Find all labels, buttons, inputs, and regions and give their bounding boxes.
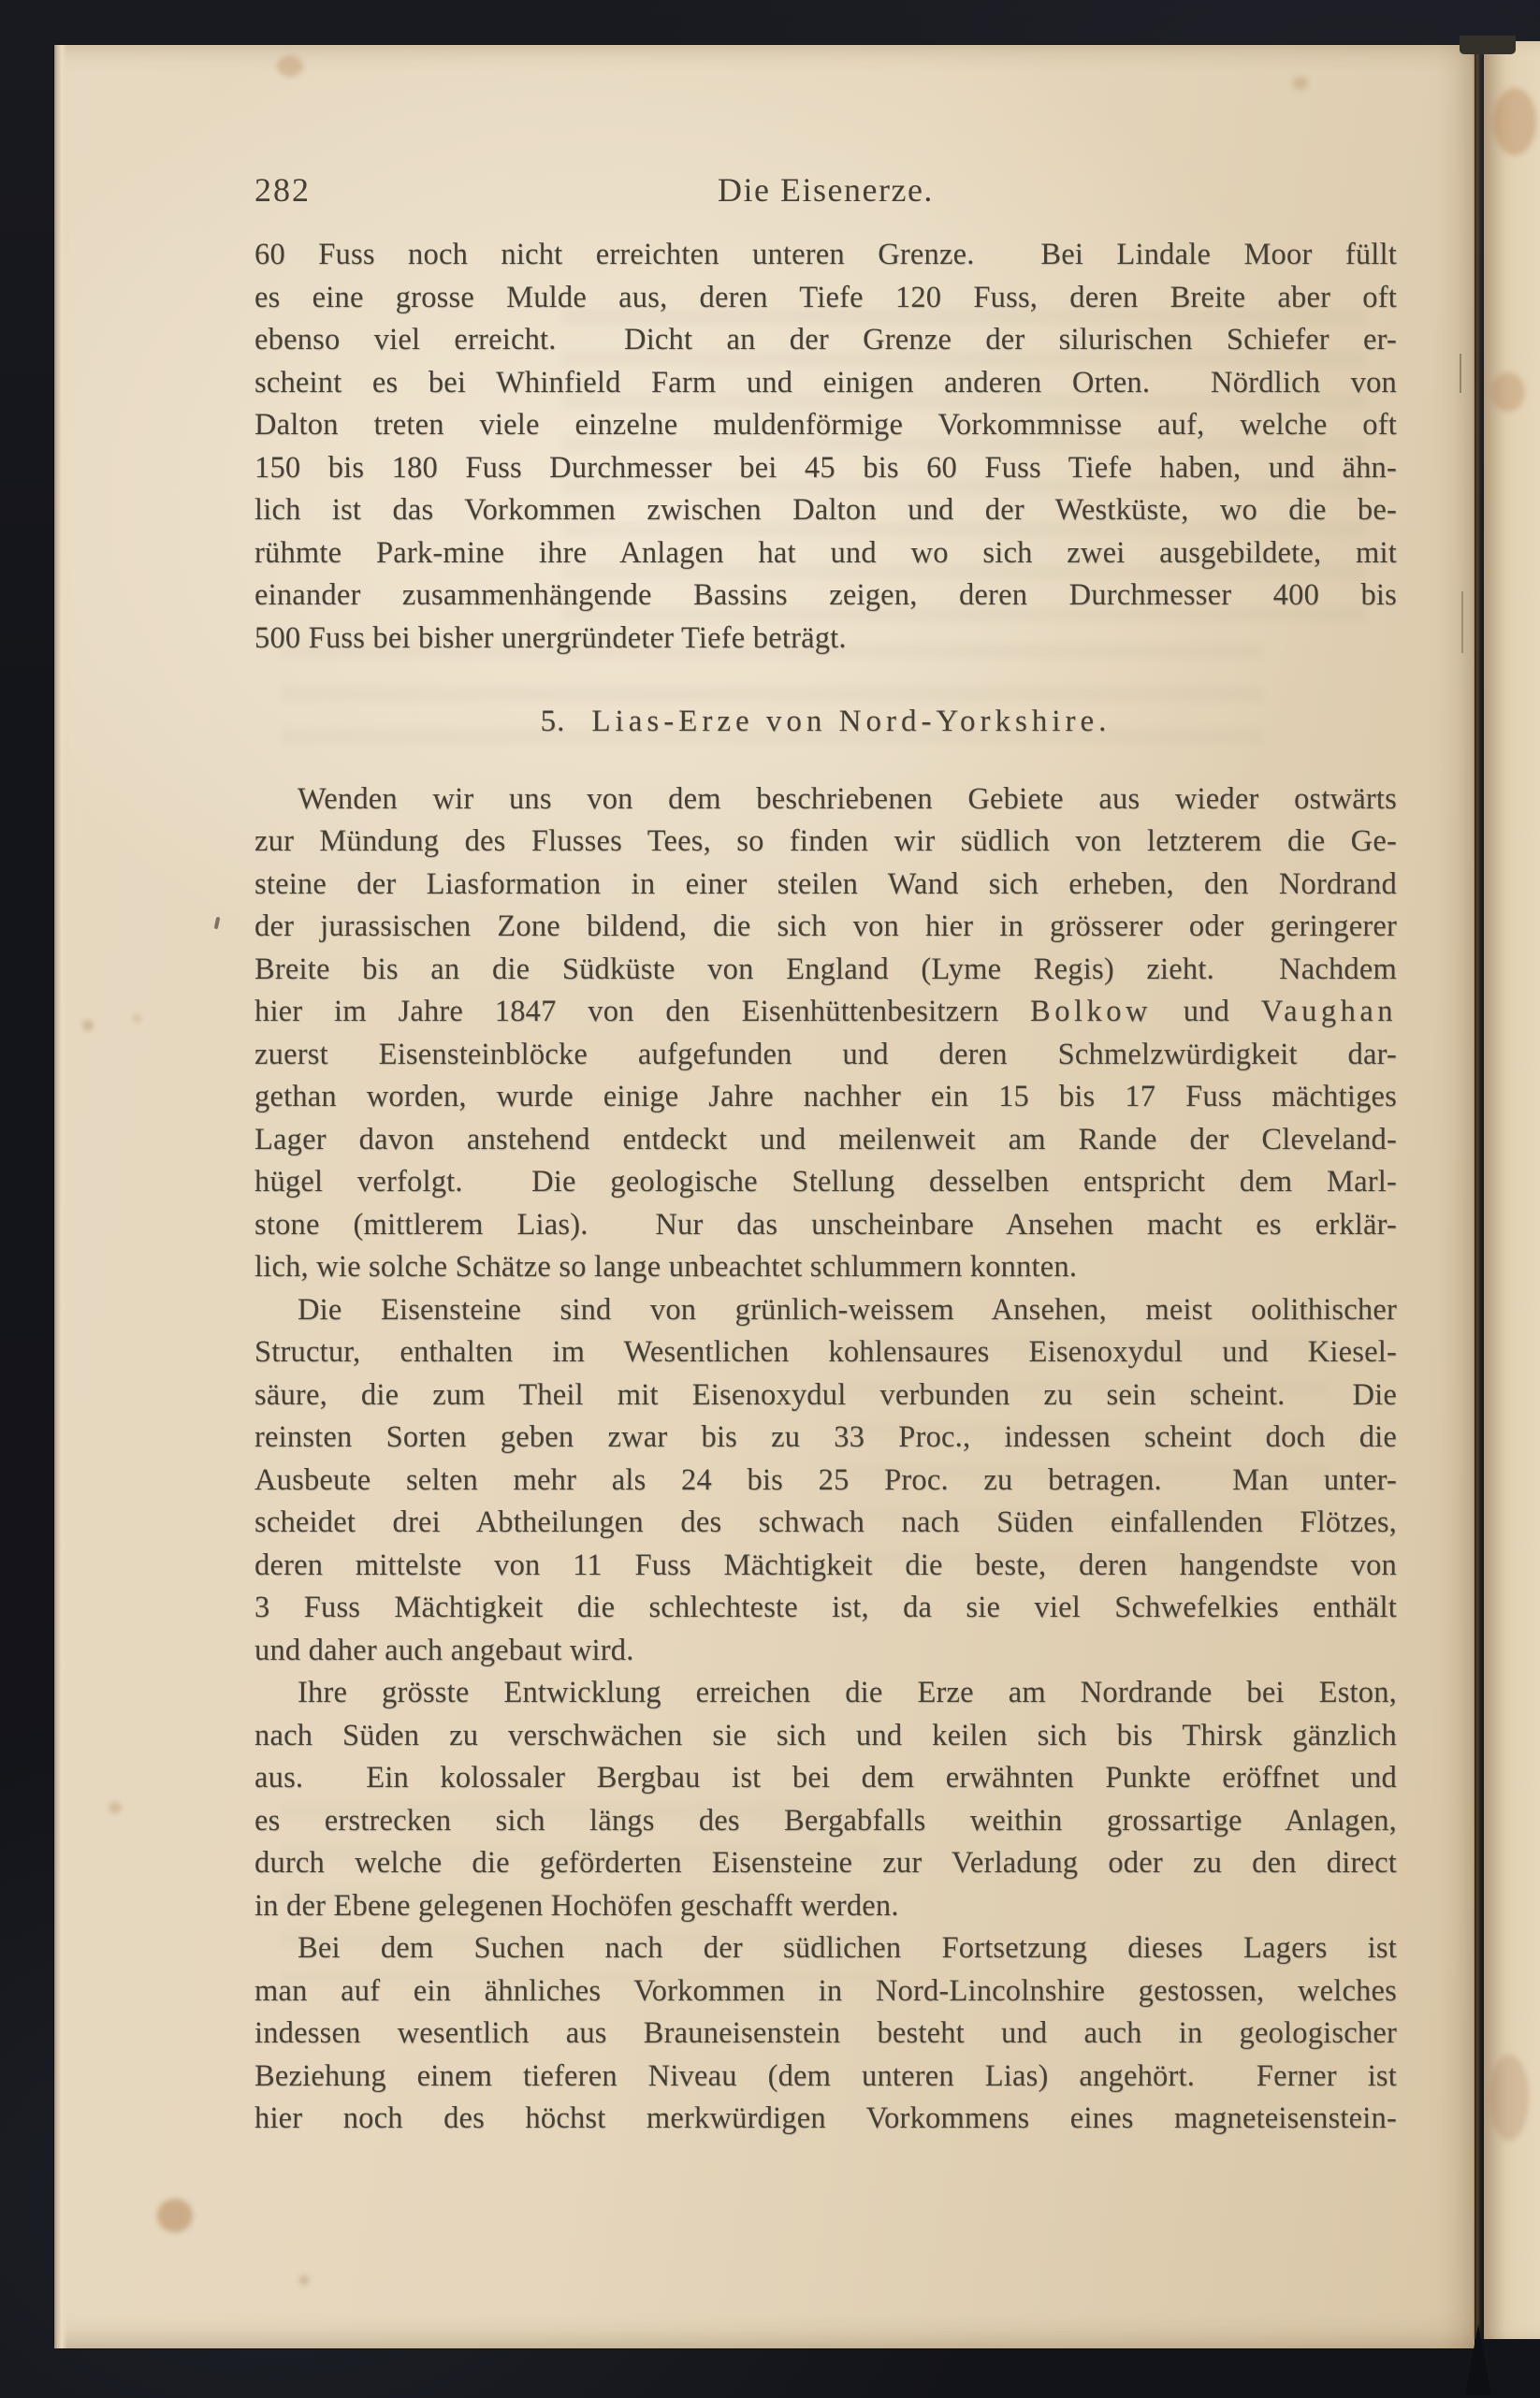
text-line: Beziehung einem tieferen Niveau (dem unt… [254,2056,1397,2099]
text-line: Lager davon anstehend entdeckt und meile… [254,1119,1397,1162]
ink-showthrough [561,309,1366,627]
page-header: 282 Die Eisenerze. [254,170,1397,219]
foxing-stain [299,2275,309,2285]
text-line: indessen wesentlich aus Brauneisenstein … [254,2013,1397,2056]
text-line: steine der Liasformation in einer steile… [254,864,1397,907]
ink-showthrough [842,1338,1329,1581]
text-line: zuerst Eisensteinblöcke aufgefunden und … [254,1034,1397,1077]
photo-background: 282 Die Eisenerze. 60 Fuss noch nicht er… [0,0,1540,2398]
ink-showthrough [281,644,1263,767]
foxing-stain [277,56,303,77]
page-gutter-crease [1473,41,1484,2339]
text-line: und daher auch angebaut wird. [254,1630,1397,1673]
ink-showthrough [281,1804,879,1982]
foxing-stain [1491,372,1525,412]
binding-tab [1460,36,1516,54]
text-line: zur Mündung des Flusses Tees, so finden … [254,821,1397,864]
page-number: 282 [254,170,311,210]
text-line: nach Süden zu verschwächen sie sich und … [254,1715,1397,1758]
foxing-stain [133,1014,141,1023]
text-line: lich, wie solche Schätze so lange unbeac… [254,1246,1397,1289]
text-line: 60 Fuss noch nicht erreichten unteren Gr… [254,234,1397,277]
running-title: Die Eisenerze. [254,170,1397,210]
text-line: Ihre grösste Entwicklung erreichen die E… [254,1672,1397,1715]
text-line: Die Eisensteine sind von grünlich-weisse… [254,1289,1397,1332]
text-line: 3 Fuss Mächtigkeit die schlechteste ist,… [254,1587,1397,1630]
text-line: stone (mittlerem Lias). Nur das unschein… [254,1204,1397,1247]
foxing-stain [1493,88,1536,155]
foxing-stain [109,1802,122,1813]
page-edge-mark [1461,591,1463,653]
foxing-stain [1489,2055,1529,2141]
text-line: hier noch des höchst merkwürdigen Vorkom… [254,2098,1397,2141]
text-line: hier im Jahre 1847 von den Eisenhüttenbe… [254,991,1397,1034]
text-line: der jurassischen Zone bildend, die sich … [254,906,1397,949]
text-line: Wenden wir uns von dem beschriebenen Geb… [254,778,1397,821]
page-edge-mark [1460,354,1461,393]
text-line: aus. Ein kolossaler Bergbau ist bei dem … [254,1757,1397,1800]
foxing-stain [82,1020,94,1031]
text-line: hügel verfolgt. Die geologische Stellung… [254,1161,1397,1204]
foxing-stain [157,2199,193,2232]
foxing-stain [1293,77,1308,90]
text-line: Breite bis an die Südküste von England (… [254,949,1397,992]
text-line: gethan worden, wurde einige Jahre nachhe… [254,1076,1397,1119]
